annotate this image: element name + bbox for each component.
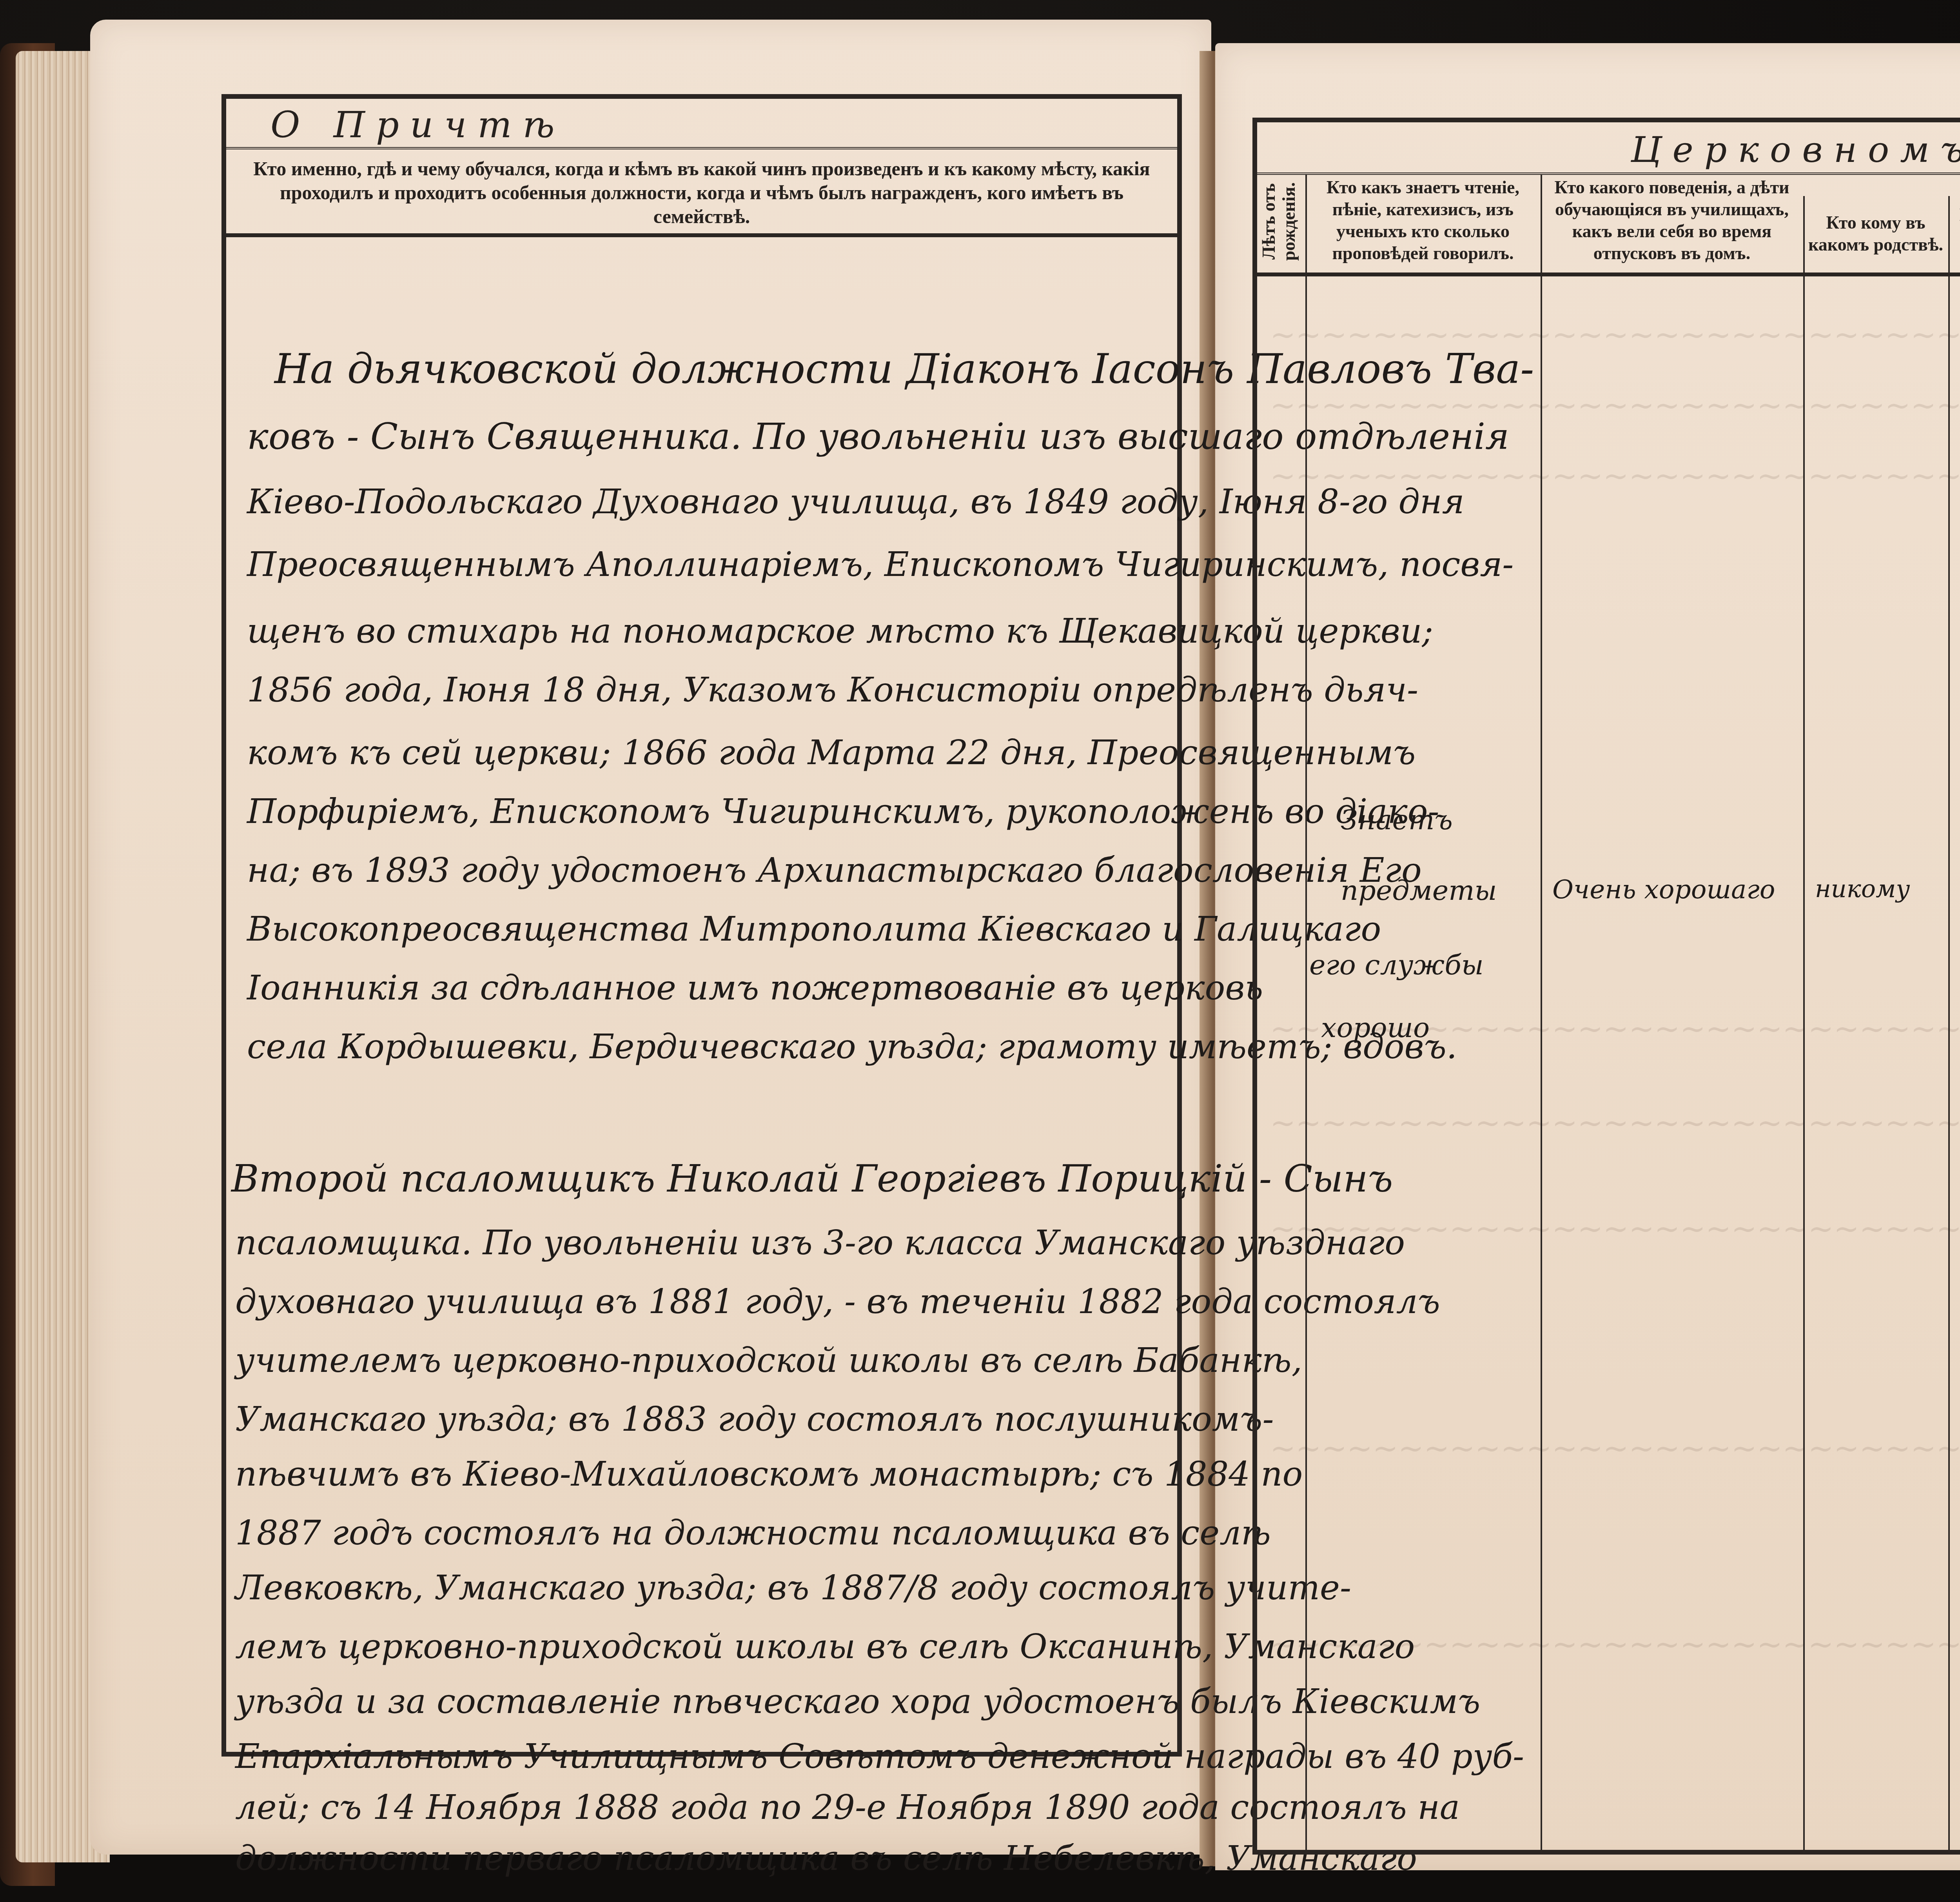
title-rule [1257, 173, 1960, 175]
knowledge-line: предметы [1341, 874, 1497, 906]
behavior-value: Очень хорошаго [1552, 874, 1775, 905]
column-header-relation: Кто кому въ какомъ родствѣ. [1807, 212, 1944, 256]
entry-line: 1887 годъ состоялъ на должности псаломщи… [235, 1513, 1271, 1553]
header-rule [1257, 272, 1960, 276]
knowledge-line: его службы [1309, 949, 1484, 981]
entry-line: 1856 года, Іюня 18 дня, Указомъ Консисто… [247, 670, 1418, 710]
right-form-frame [1252, 118, 1960, 1855]
left-section-title: О Причтѣ [270, 104, 566, 146]
entry-line: Уманскаго уѣзда; въ 1883 году состоялъ п… [235, 1400, 1274, 1439]
entry-line: Левковкѣ, Уманскаго уѣзда; въ 1887/8 год… [235, 1568, 1351, 1608]
entry-line: псаломщика. По увольненіи изъ 3-го класс… [235, 1223, 1405, 1263]
column-header-behavior: Кто какого поведенія, а дѣти обучающіяся… [1544, 176, 1799, 264]
entry-line: учителемъ церковно-приходской школы въ с… [235, 1341, 1302, 1380]
column-header-knowledge: Кто какъ знаетъ чтеніе, пѣніе, катехизис… [1309, 176, 1537, 264]
entry-line: лемъ церковно-приходской школы въ селѣ О… [235, 1627, 1415, 1666]
title-rule [226, 147, 1177, 149]
entry-line: Второй псаломщикъ Николай Георгіевъ Пори… [231, 1157, 1393, 1201]
entry-line: на; въ 1893 году удостоенъ Архипастырска… [247, 851, 1422, 890]
header-rule [226, 233, 1177, 237]
column-header-age: Лѣтъ отъ рожденія. [1259, 176, 1302, 267]
entry-line: комъ къ сей церкви; 1866 года Марта 22 д… [247, 733, 1416, 772]
right-section-title: Церковномъ. [1631, 129, 1960, 171]
entry-line: Высокопреосвященства Митрополита Кіевска… [247, 910, 1381, 949]
entry-line: Іоанникія за сдѣланное имъ пожертвованіе… [247, 968, 1263, 1008]
knowledge-line: хорошо [1321, 1012, 1430, 1044]
column-divider [1305, 174, 1307, 1853]
column-divider [1948, 196, 1950, 1853]
relation-value: никому [1815, 874, 1910, 903]
column-header-penalties: Кто когда былъ штрафованъ или не состоял… [1952, 204, 1960, 270]
entry-line: пѣвчимъ въ Кіево-Михайловскомъ монастырѣ… [235, 1455, 1303, 1494]
left-column-header: Кто именно, гдѣ и чему обучался, когда и… [235, 157, 1168, 229]
column-divider [1541, 174, 1542, 1853]
entry-line: должности перваго псаломщика въ селѣ Неб… [235, 1839, 1417, 1878]
knowledge-line: Знаетъ [1341, 804, 1453, 836]
column-divider [1803, 196, 1805, 1853]
